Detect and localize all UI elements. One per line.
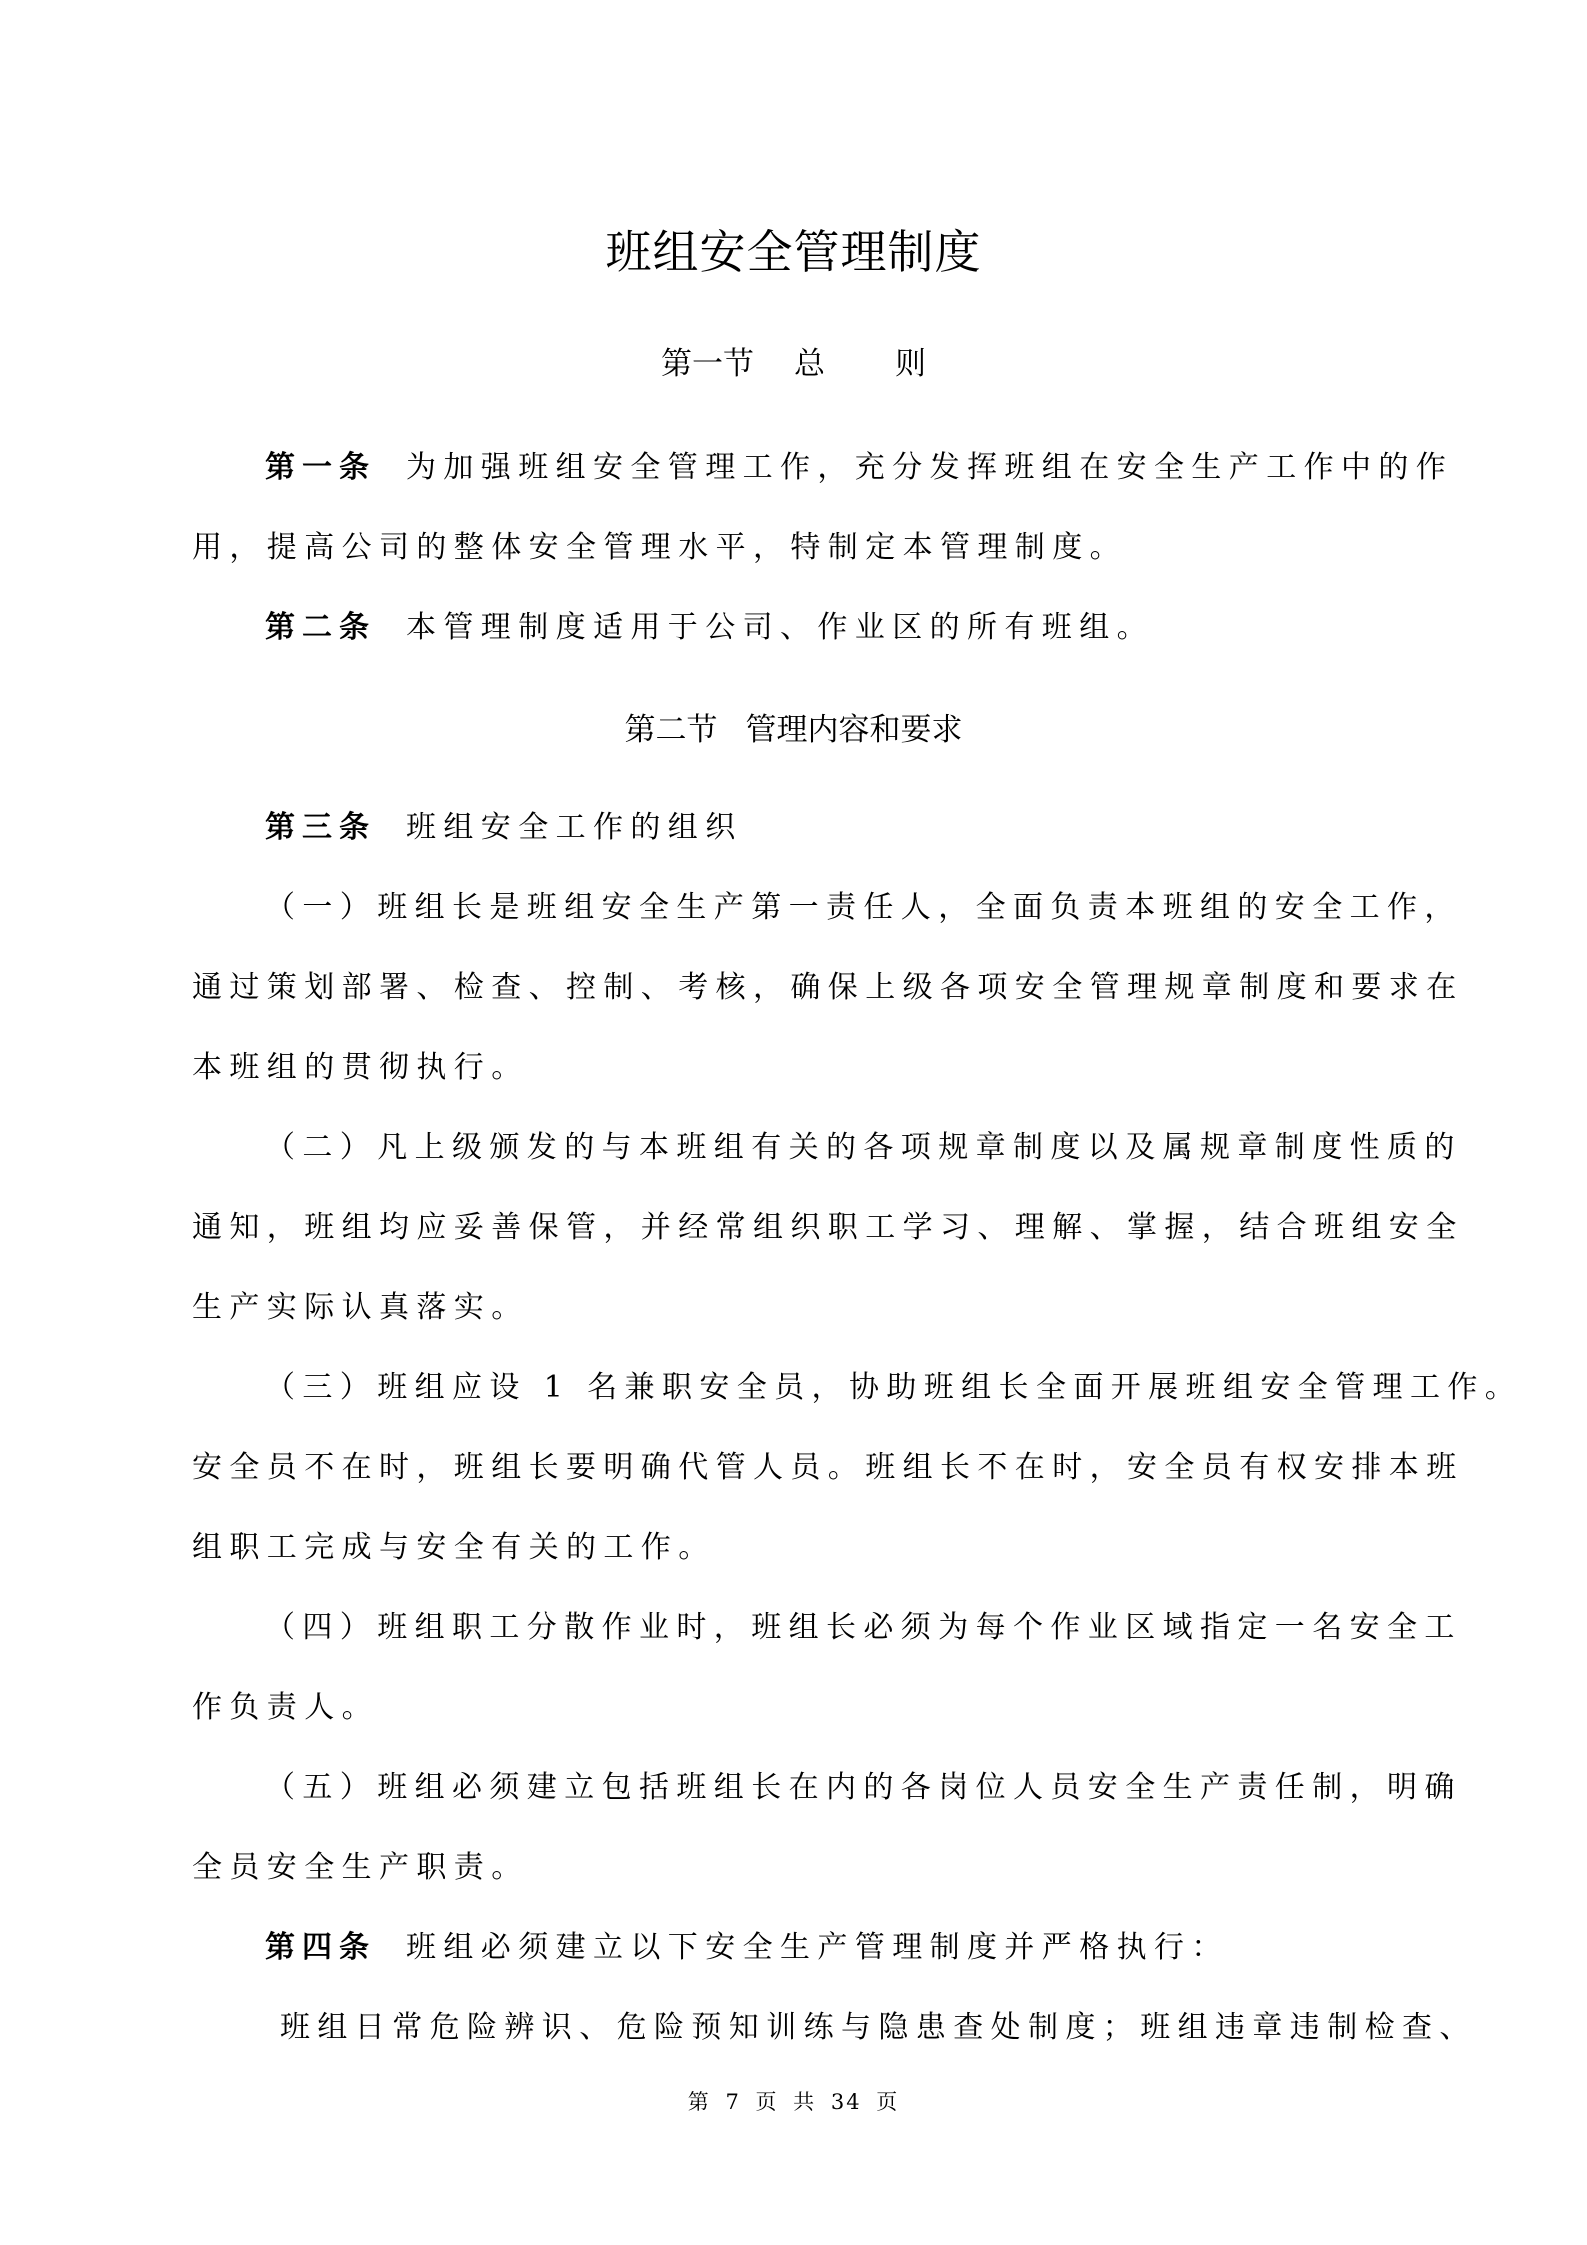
item-2-line-1: （二）凡上级颁发的与本班组有关的各项规章制度以及属规章制度性质的 (265, 1126, 1555, 1170)
section-number: 第一节 (661, 346, 754, 382)
section-title-part: 总 (794, 346, 825, 382)
article-label: 第二条 (265, 610, 376, 645)
article-text: 班组必须建立以下安全生产管理制度并严格执行： (406, 1930, 1229, 1965)
item-1-line-1: （一）班组长是班组安全生产第一责任人，全面负责本班组的安全工作， (265, 886, 1555, 930)
article-4-line-1: 第四条班组必须建立以下安全生产管理制度并严格执行： (265, 1926, 1555, 1970)
section-heading-1: 第一节总则 (0, 342, 1587, 386)
item-4-line-1: （四）班组职工分散作业时，班组长必须为每个作业区域指定一名安全工 (265, 1606, 1555, 1650)
item-3-line-3: 组职工完成与安全有关的工作。 (192, 1526, 1482, 1570)
article-label: 第四条 (265, 1930, 376, 1965)
item-1-line-3: 本班组的贯彻执行。 (192, 1046, 1482, 1090)
article-text: 班组安全工作的组织 (406, 810, 743, 845)
section-heading-2: 第二节管理内容和要求 (0, 708, 1587, 752)
item-1-line-2: 通过策划部署、检查、控制、考核，确保上级各项安全管理规章制度和要求在 (192, 966, 1482, 1010)
document-title: 班组安全管理制度 (0, 222, 1587, 282)
article-1-line-1: 第一条为加强班组安全管理工作，充分发挥班组在安全生产工作中的作 (265, 446, 1555, 490)
article-3-line-1: 第三条班组安全工作的组织 (265, 806, 1555, 850)
item-5-line-1: （五）班组必须建立包括班组长在内的各岗位人员安全生产责任制，明确 (265, 1766, 1555, 1810)
item-2-line-2: 通知，班组均应妥善保管，并经常组织职工学习、理解、掌握，结合班组安全 (192, 1206, 1482, 1250)
page-footer: 第 7 页 共 34 页 (0, 2088, 1587, 2116)
item-2-line-3: 生产实际认真落实。 (192, 1286, 1482, 1330)
section-number: 第二节 (625, 712, 718, 748)
item-3-line-1: （三）班组应设 1 名兼职安全员，协助班组长全面开展班组安全管理工作。 (265, 1366, 1555, 1410)
section-title-part: 管理内容和要求 (746, 712, 963, 748)
article-text: 本管理制度适用于公司、作业区的所有班组。 (406, 610, 1154, 645)
item-4-line-2: 作负责人。 (192, 1686, 1482, 1730)
article-text: 为加强班组安全管理工作，充分发挥班组在安全生产工作中的作 (406, 450, 1453, 485)
article-1-line-2: 用，提高公司的整体安全管理水平，特制定本管理制度。 (192, 526, 1482, 570)
item-3-line-2: 安全员不在时，班组长要明确代管人员。班组长不在时，安全员有权安排本班 (192, 1446, 1482, 1490)
document-page: 班组安全管理制度 第一节总则 第一条为加强班组安全管理工作，充分发挥班组在安全生… (0, 0, 1587, 2245)
article-label: 第一条 (265, 450, 376, 485)
article-2-line-1: 第二条本管理制度适用于公司、作业区的所有班组。 (265, 606, 1555, 650)
article-4-continuation: 班组日常危险辨识、危险预知训练与隐患查处制度；班组违章违制检查、 (280, 2006, 1570, 2050)
section-title-part: 则 (895, 346, 926, 382)
item-5-line-2: 全员安全生产职责。 (192, 1846, 1482, 1890)
article-label: 第三条 (265, 810, 376, 845)
